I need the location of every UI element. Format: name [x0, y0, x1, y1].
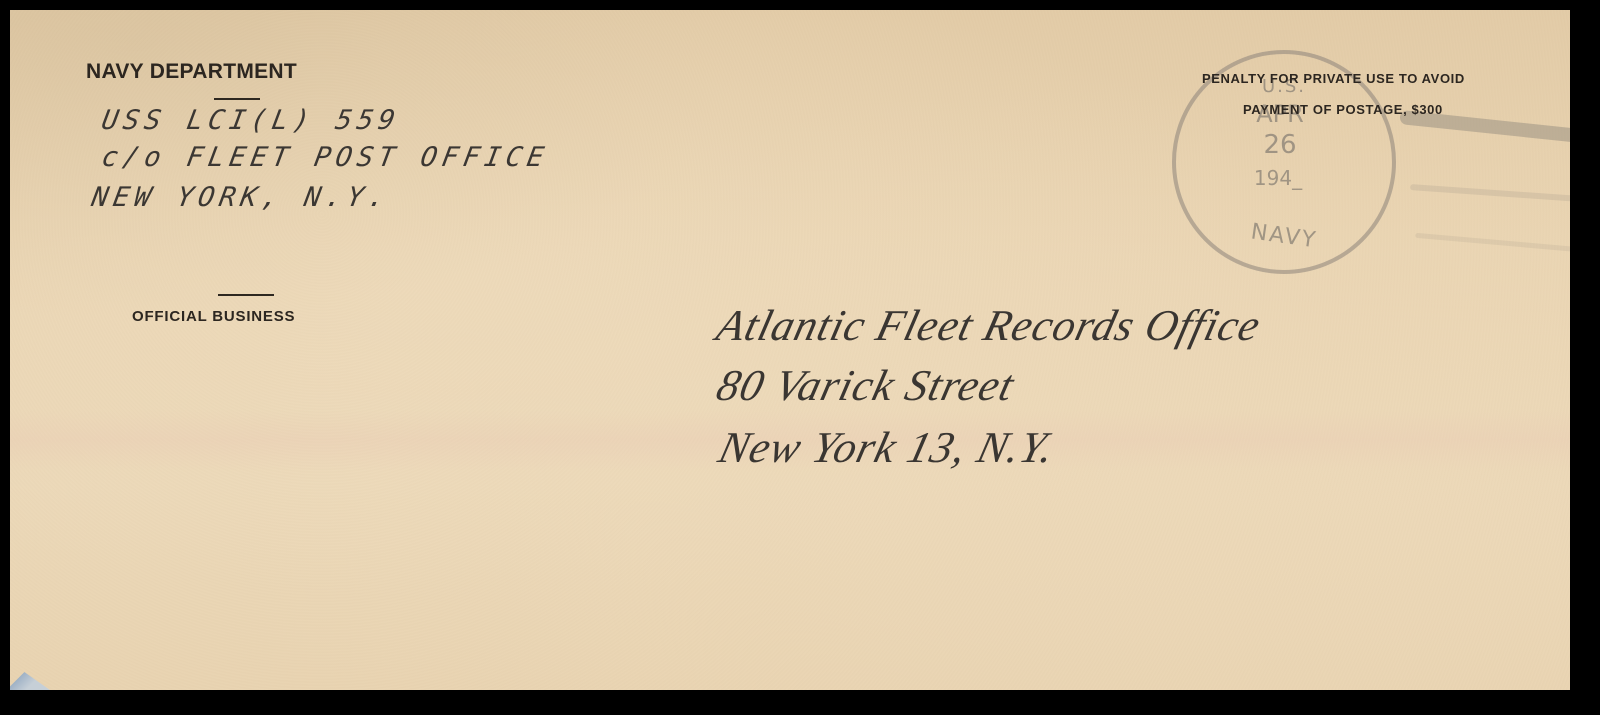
cancellation-bar-icon: [1415, 233, 1570, 252]
penalty-notice-line1: PENALTY FOR PRIVATE USE TO AVOID: [1202, 71, 1465, 86]
recipient-address-line-city: New York 13, N.Y.: [714, 422, 1061, 473]
recipient-address-line-office: Atlantic Fleet Records Office: [712, 300, 1266, 351]
official-business-label: OFFICIAL BUSINESS: [132, 308, 295, 325]
envelope: NAVY DEPARTMENT USS LCI(L) 559 c/o FLEET…: [10, 10, 1570, 690]
official-rule-divider: [218, 294, 274, 296]
return-address-line-ship: USS LCI(L) 559: [99, 105, 402, 136]
postmark-day: 26: [1172, 130, 1388, 160]
cancellation-bar-icon: [1410, 184, 1570, 202]
department-title: NAVY DEPARTMENT: [86, 60, 297, 84]
postmark-year: 194_: [1170, 166, 1386, 190]
department-rule-divider: [214, 98, 260, 100]
recipient-address-line-street: 80 Varick Street: [712, 360, 1020, 411]
postmark-bottom-text: NAVY: [1175, 209, 1392, 264]
penalty-notice-line2: PAYMENT OF POSTAGE, $300: [1243, 102, 1443, 117]
folded-corner: [10, 650, 50, 690]
return-address-line-city: NEW YORK, N.Y.: [89, 182, 392, 213]
frame-background: NAVY DEPARTMENT USS LCI(L) 559 c/o FLEET…: [0, 0, 1600, 715]
return-address-line-fpo: c/o FLEET POST OFFICE: [99, 142, 551, 173]
